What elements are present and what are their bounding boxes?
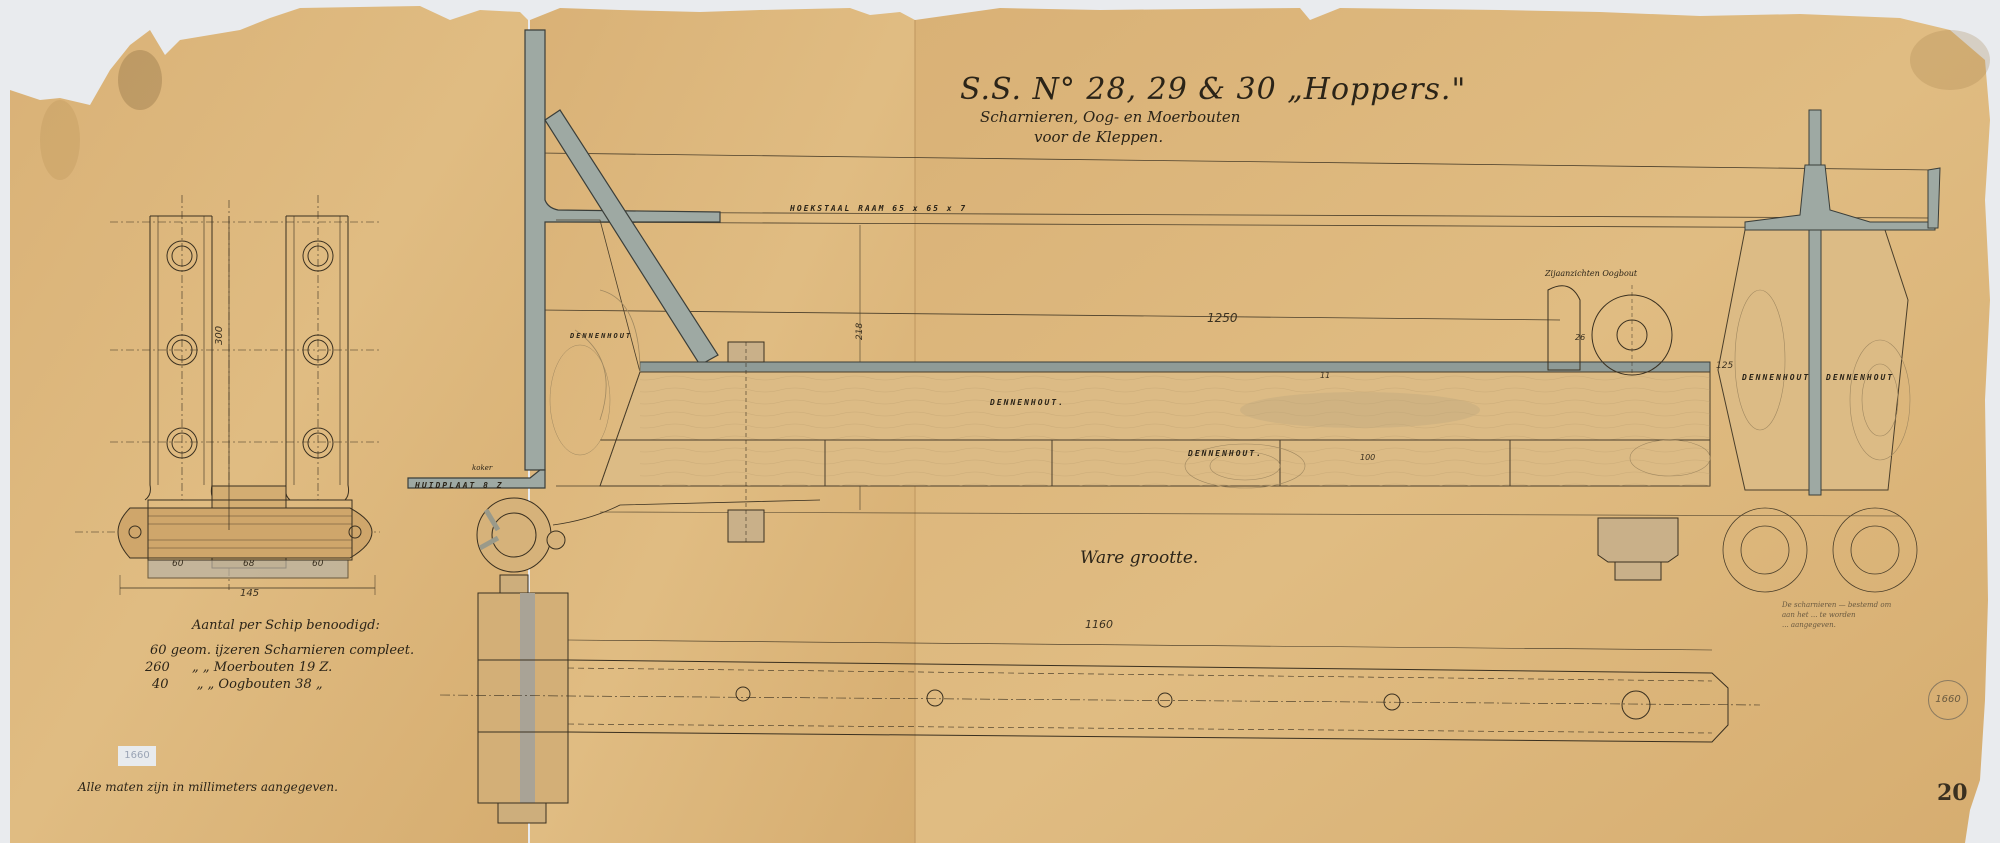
- quantity-desc: „ „ Oogbouten 38 „: [197, 677, 323, 692]
- archive-stamp: 1660: [118, 746, 156, 766]
- dim-26: 26: [1575, 333, 1585, 342]
- paper-left-sheet: [10, 6, 528, 843]
- quantity-row: 60 geom. ijzeren Scharnieren compleet.: [150, 643, 414, 658]
- label-dennenhout-left: DENNENHOUT: [569, 332, 632, 340]
- quantity-desc: geom. ijzeren Scharnieren compleet.: [171, 643, 414, 658]
- drawing-title: S.S. N° 28, 29 & 30 „Hoppers.": [960, 72, 1466, 107]
- dim-145: 145: [240, 588, 259, 599]
- margin-note: De scharnieren — bestemd om aan het ... …: [1782, 600, 1891, 630]
- units-note: Alle maten zijn in millimeters aangegeve…: [78, 780, 338, 794]
- dim-300: 300: [214, 326, 225, 345]
- dim-60a: 60: [172, 559, 184, 569]
- label-huidplaat: HUIDPLAAT 8 Z: [414, 481, 504, 490]
- quantity-value: 260: [145, 660, 170, 675]
- label-dennenhout-right-b: DENNENHOUT: [1825, 373, 1894, 382]
- quantity-desc: „ „ Moerbouten 19 Z.: [192, 660, 332, 675]
- dim-218: 218: [855, 323, 865, 340]
- label-hoekstaal: HOEKSTAAL RAAM 65 x 65 x 7: [789, 204, 967, 213]
- technical-drawing-sheet: 300 145 60 68 60: [0, 0, 2000, 843]
- scale-note: Ware grootte.: [1080, 548, 1198, 568]
- sheet-number: 20: [1937, 780, 1968, 806]
- hinge-barrel-side: [478, 575, 568, 823]
- label-oogbout: Zijaanzichten Oogbout: [1544, 269, 1638, 278]
- dim-100: 100: [1360, 453, 1375, 462]
- dim-1250: 1250: [1207, 311, 1238, 325]
- dim-125-red: 125: [1716, 361, 1733, 371]
- dim-60b: 60: [312, 559, 324, 569]
- wood-beam: [600, 372, 1710, 488]
- label-dennenhout-lower: DENNENHOUT.: [1187, 449, 1263, 458]
- label-dennenhout-right-a: DENNENHOUT: [1741, 373, 1810, 382]
- quantity-row: 260 „ „ Moerbouten 19 Z.: [145, 660, 332, 675]
- archive-circle-number: 1660: [1928, 680, 1968, 720]
- dim-11: 11: [1320, 371, 1330, 380]
- drawing-subtitle-1: Scharnieren, Oog- en Moerbouten: [980, 108, 1240, 126]
- label-dennenhout-beam: DENNENHOUT.: [989, 398, 1065, 407]
- drawing-canvas: 300 145 60 68 60: [0, 0, 2000, 843]
- quantity-value: 40: [152, 677, 169, 692]
- quantity-heading: Aantal per Schip benoodigd:: [192, 618, 380, 633]
- quantity-row: 40 „ „ Oogbouten 38 „: [152, 677, 323, 692]
- drawing-subtitle-2: voor de Kleppen.: [1034, 128, 1163, 146]
- dim-1160: 1160: [1085, 618, 1113, 631]
- label-koker: koker: [472, 464, 493, 472]
- quantity-value: 60: [150, 643, 167, 658]
- dim-68: 68: [243, 559, 255, 569]
